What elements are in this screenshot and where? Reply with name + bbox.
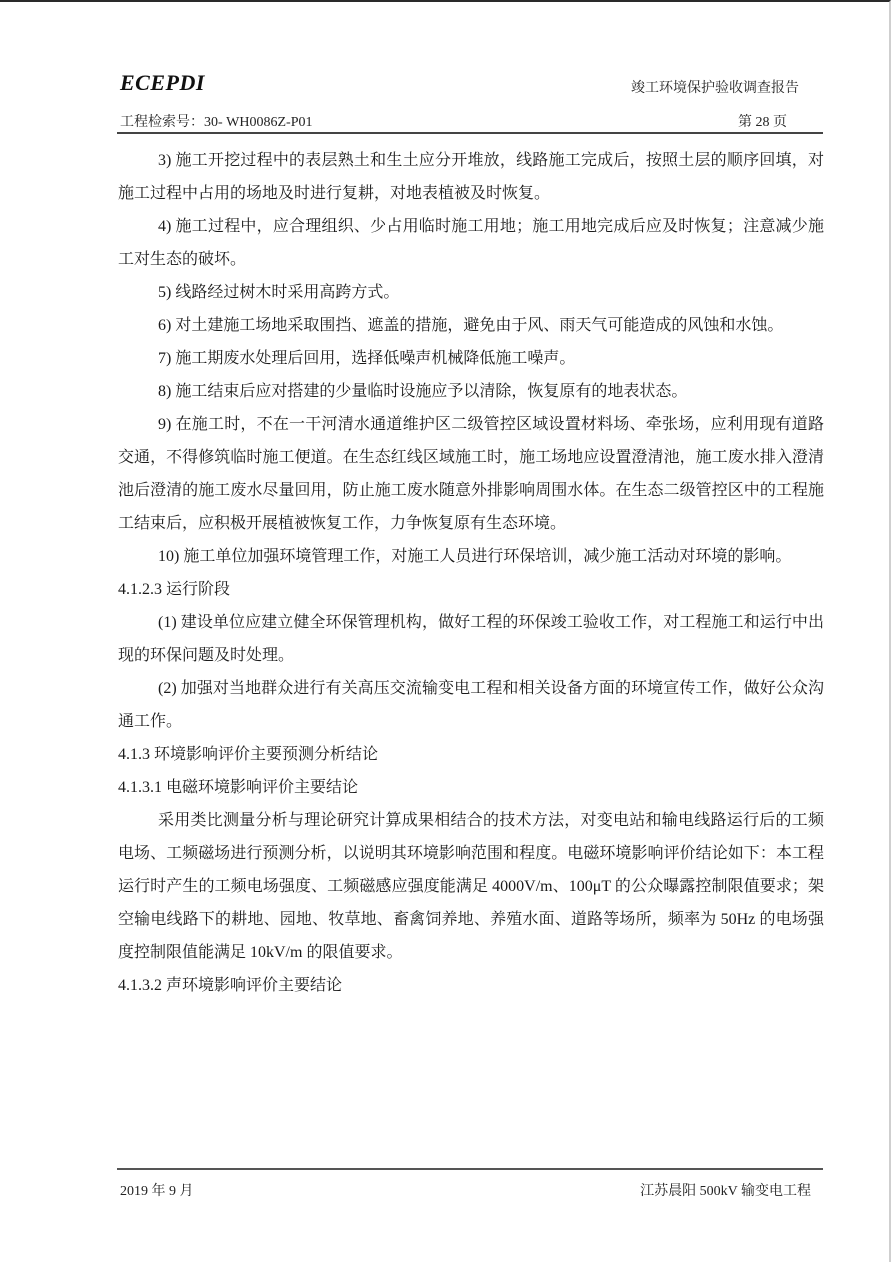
footer-divider xyxy=(117,1168,823,1170)
paragraph-item-3: 3) 施工开挖过程中的表层熟土和生土应分开堆放，线路施工完成后，按照土层的顺序回… xyxy=(118,144,824,210)
paragraph-item-op-2: (2) 加强对当地群众进行有关高压交流输变电工程和相关设备方面的环境宣传工作，做… xyxy=(118,672,824,738)
paragraph-item-9: 9) 在施工时，不在一干河清水通道维护区二级管控区域设置材料场、牵张场，应利用现… xyxy=(118,408,824,540)
footer-project-name: 江苏晨阳 500kV 输变电工程 xyxy=(640,1180,811,1200)
header-project-index: 工程检索号：30- WH0086Z-P01 xyxy=(120,111,313,131)
document-body: 3) 施工开挖过程中的表层熟土和生土应分开堆放，线路施工完成后，按照土层的顺序回… xyxy=(118,144,824,1002)
paragraph-item-5: 5) 线路经过树木时采用高跨方式。 xyxy=(118,276,824,309)
section-heading-4-1-2-3: 4.1.2.3 运行阶段 xyxy=(118,573,824,606)
section-heading-4-1-3: 4.1.3 环境影响评价主要预测分析结论 xyxy=(118,738,824,771)
footer-date: 2019 年 9 月 xyxy=(120,1180,194,1200)
section-heading-4-1-3-1: 4.1.3.1 电磁环境影响评价主要结论 xyxy=(118,771,824,804)
paragraph-item-10: 10) 施工单位加强环境管理工作，对施工人员进行环保培训，减少施工活动对环境的影… xyxy=(118,540,824,573)
paragraph-item-8: 8) 施工结束后应对搭建的少量临时设施应予以清除，恢复原有的地表状态。 xyxy=(118,375,824,408)
header-page-number: 第 28 页 xyxy=(738,111,787,131)
header-divider xyxy=(117,132,823,134)
paragraph-item-4: 4) 施工过程中，应合理组织、少占用临时施工用地；施工用地完成后应及时恢复；注意… xyxy=(118,210,824,276)
paragraph-item-7: 7) 施工期废水处理后回用，选择低噪声机械降低施工噪声。 xyxy=(118,342,824,375)
paragraph-item-op-1: (1) 建设单位应建立健全环保管理机构，做好工程的环保竣工验收工作，对工程施工和… xyxy=(118,606,824,672)
paragraph-em-conclusion: 采用类比测量分析与理论研究计算成果相结合的技术方法，对变电站和输电线路运行后的工… xyxy=(118,804,824,969)
section-heading-4-1-3-2: 4.1.3.2 声环境影响评价主要结论 xyxy=(118,969,824,1002)
paragraph-item-6: 6) 对土建施工场地采取围挡、遮盖的措施，避免由于风、雨天气可能造成的风蚀和水蚀… xyxy=(118,309,824,342)
header-report-title: 竣工环境保护验收调查报告 xyxy=(631,77,799,97)
header-logo: ECEPDI xyxy=(120,70,205,96)
